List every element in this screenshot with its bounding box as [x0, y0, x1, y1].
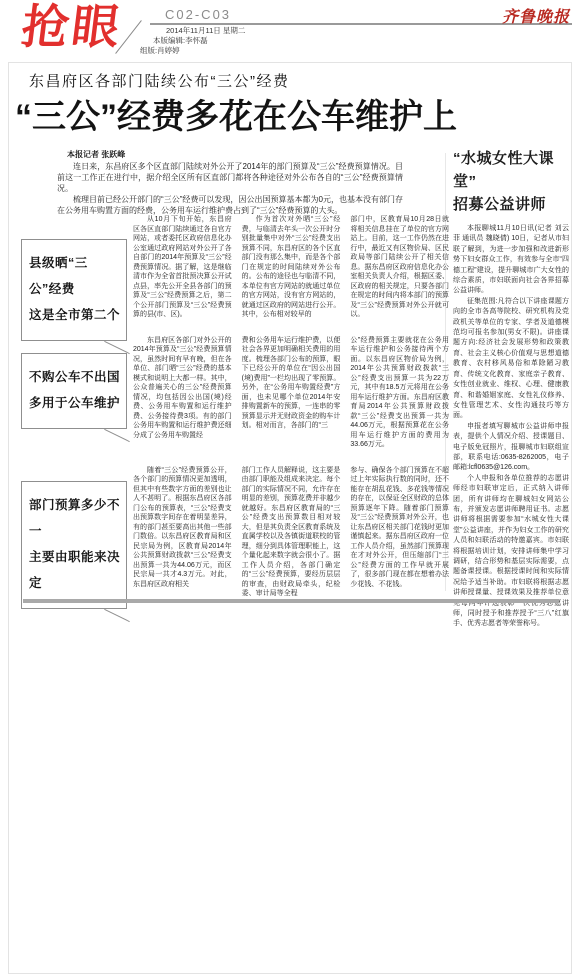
issue-info: 2014年11月11日 星期二 本版编辑:李怀磊 组版:肖婷婷	[140, 26, 245, 56]
subhead-line: 多用于公车维护	[29, 390, 120, 416]
bottom-rule	[23, 599, 559, 603]
body-column: 作为首次对外晒“三公”经费，与临清去年头一次公开时分别批量集中对外“三公”经费支…	[242, 215, 341, 320]
body-column: 从10月下旬开始，东昌府区各区直部门陆续通过各自官方网站，或者委托区政府信息化办…	[133, 215, 232, 320]
article-section-1: 从10月下旬开始，东昌府区各区直部门陆续通过各自官方网站，或者委托区政府信息化办…	[133, 215, 449, 320]
article-section-3: 随着“三公”经费预算公开，各个部门的预算情况更加透明，但其中有些数字方面的差别也…	[133, 466, 449, 599]
editor-credit: 本版编辑:李怀磊	[153, 36, 245, 46]
page-number: C02-C03	[165, 7, 231, 22]
kicker-headline: 东昌府区各部门陆续公布“三公”经费	[29, 70, 290, 91]
side-title-line: “水城女性大课堂”	[453, 147, 569, 193]
byline: 本报记者 张跃峰	[67, 149, 125, 160]
subhead-line: 县级晒“三公”经费	[29, 250, 120, 302]
side-title-line: 招募公益讲师	[453, 193, 569, 216]
subhead-box-2: 不购公车不出国 多用于公车维护	[21, 353, 127, 429]
issue-date: 2014年11月11日 星期二	[166, 26, 245, 36]
intro-paragraph: 连日来，东昌府区多个区直部门陆续对外公开了2014年的部门预算及“三公”经费预算…	[57, 161, 403, 194]
main-headline: “三公”经费多花在公车维护上	[15, 89, 571, 138]
subhead-line: 不购公车不出国	[29, 364, 120, 390]
body-column: 参与、确保各个部门预算在不超过上年实际执行数的同时，还不能存在胡乱花钱、多花钱等…	[350, 466, 449, 599]
newspaper-page: 抢眼 C02-C03 2014年11月11日 星期二 本版编辑:李怀磊 组版:肖…	[0, 0, 580, 980]
side-paragraph: 个人申报和各单位推荐的志愿讲师经市妇联审定后，正式纳入讲师团，所有讲师均在聊城妇…	[453, 474, 569, 630]
subhead-box-3: 部门预算多少不一 主要由职能来决定	[21, 481, 127, 609]
body-column: 东昌府区各部门对外公开的2014年预算及“三公”经费预算情况，虽然时间有早有晚，…	[133, 336, 232, 450]
masthead: 抢眼 C02-C03 2014年11月11日 星期二 本版编辑:李怀磊 组版:肖…	[0, 0, 580, 62]
side-paragraph: 本报聊城11月10日讯(记者 刘云菲 通讯员 魏晓倩) 10日，记者从市妇联了解…	[453, 224, 569, 297]
layout-credit: 组版:肖婷婷	[140, 46, 245, 56]
article-section-2: 东昌府区各部门对外公开的2014年预算及“三公”经费预算情况，虽然时间有早有晚，…	[133, 336, 449, 450]
subhead-box-1: 县级晒“三公”经费 这是全市第二个	[21, 239, 127, 341]
intro-block: 连日来，东昌府区多个区直部门陆续对外公开了2014年的部门预算及“三公”经费预算…	[57, 161, 403, 216]
body-column: 公”经费预算主要就花在公务用车运行维护和公务接待两个方面。以东昌府区物价局为例，…	[350, 336, 449, 450]
side-article-title: “水城女性大课堂” 招募公益讲师	[453, 147, 569, 216]
subhead-line: 主要由职能来决定	[29, 544, 120, 596]
body-column: 随着“三公”经费预算公开，各个部门的预算情况更加透明，但其中有些数字方面的差别也…	[133, 466, 232, 599]
body-column: 部门中，区教育局10月28日就将相关信息挂在了单位的官方网站上。目前，这一工作仍…	[350, 215, 449, 320]
article-body: 从10月下旬开始，东昌府区各区直部门陆续通过各自官方网站，或者委托区政府信息化办…	[133, 215, 449, 615]
subhead-line: 部门预算多少不一	[29, 492, 120, 544]
section-logo: 抢眼	[18, 0, 125, 56]
body-column: 费和公务用车运行维护费，以便社会各界更加明确相关费用的用度。梳理各部门公布的预算…	[242, 336, 341, 450]
side-paragraph: 征集范围:凡符合以下讲座课题方向的全市各高等院校、研究机构及党政机关等单位的专家…	[453, 297, 569, 422]
subhead-line: 这是全市第二个	[29, 302, 120, 328]
newspaper-logo: 齐鲁晚报	[502, 4, 570, 27]
side-article: “水城女性大课堂” 招募公益讲师 本报聊城11月10日讯(记者 刘云菲 通讯员 …	[453, 147, 569, 630]
page-frame: 东昌府区各部门陆续公布“三公”经费 “三公”经费多花在公车维护上 本报记者 张跃…	[8, 62, 572, 974]
side-paragraph: 申报者填写聊城市公益讲师申报表，提供个人情况介绍、授课题目、电子版免冠照片，报聊…	[453, 422, 569, 474]
intro-paragraph: 梳理目前已经公开部门的“三公”经费可以发现，因公出国预算基本都为0元，也基本没有…	[57, 194, 403, 216]
body-column: 部门工作人员解释说，这主要是由部门职能及组成来决定。每个部门的实际情况不同，允许…	[242, 466, 341, 599]
